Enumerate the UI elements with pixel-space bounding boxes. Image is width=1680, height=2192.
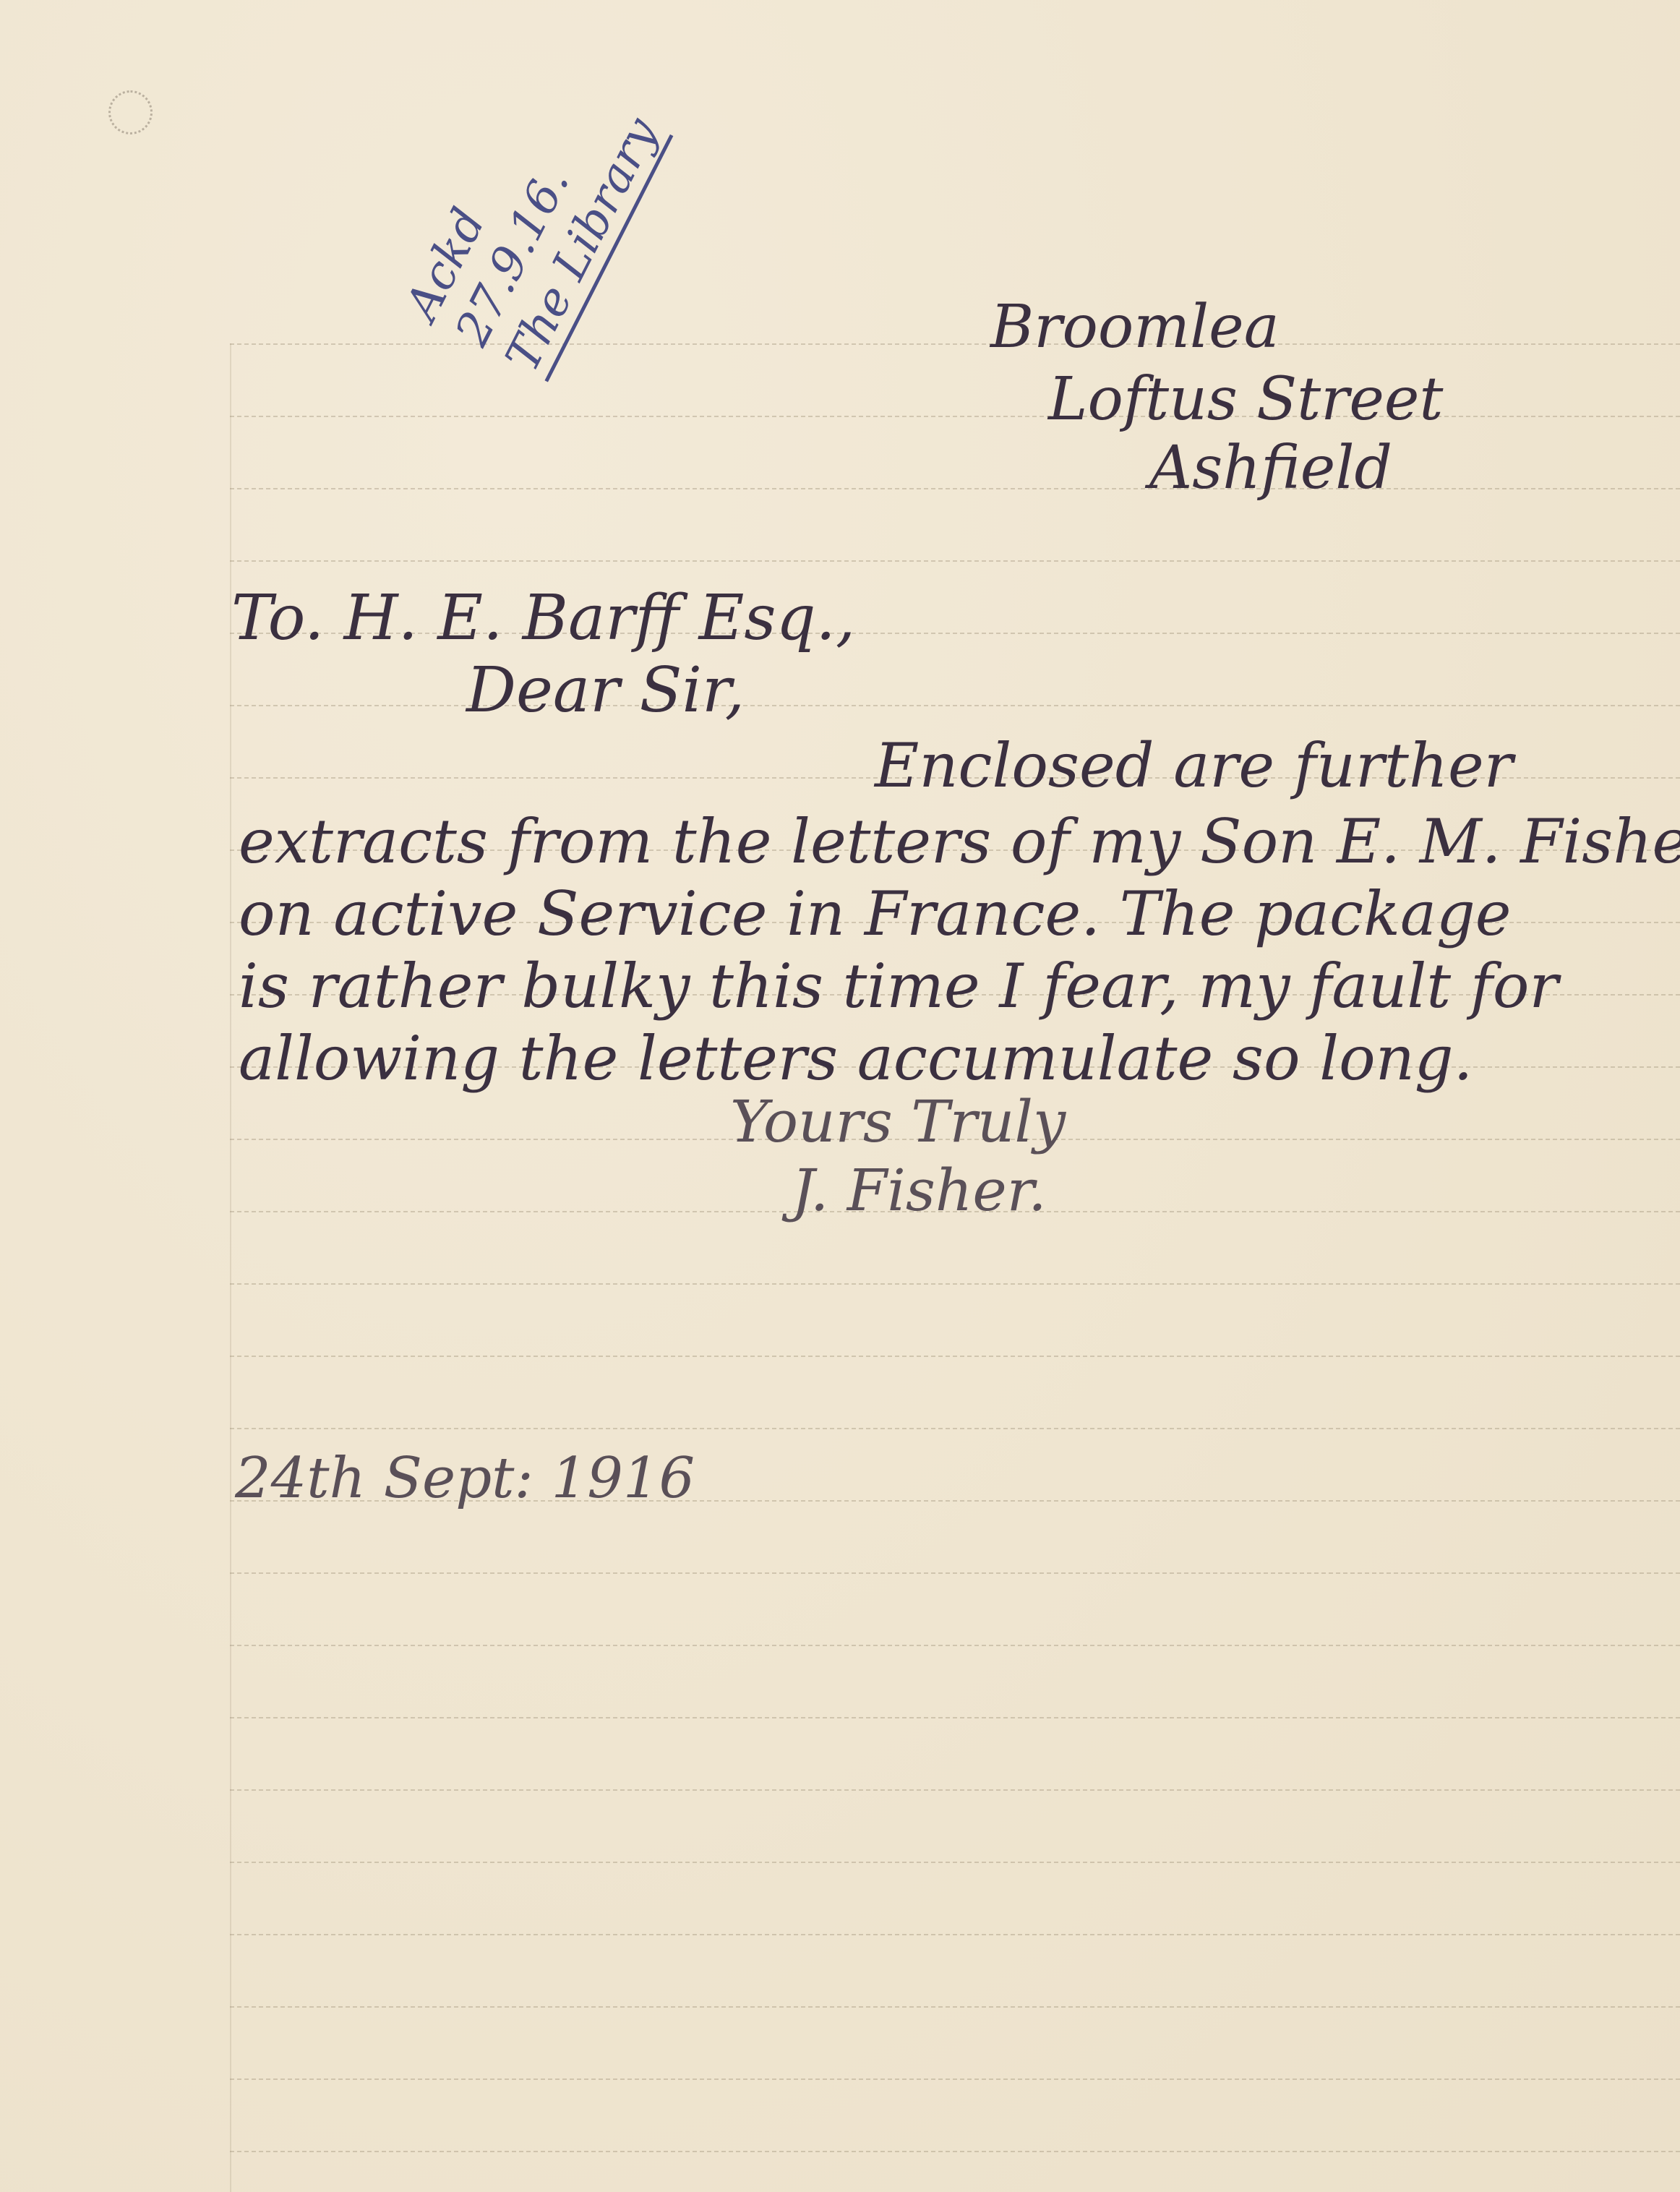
ruled-line	[230, 488, 1680, 489]
letter-date: 24th Sept: 1916	[235, 1446, 695, 1511]
ruled-line	[230, 1934, 1680, 1935]
ruled-line	[230, 1428, 1680, 1429]
ruled-line	[230, 560, 1680, 562]
body-line: extracts from the letters of my Son E. M…	[239, 806, 1680, 877]
ruled-line	[230, 1645, 1680, 1646]
ruled-line	[230, 1356, 1680, 1357]
recipient-line: To. H. E. Barff Esq.,	[231, 582, 855, 654]
ruled-line	[230, 343, 1680, 345]
ruled-line	[230, 1862, 1680, 1863]
body-line: on active Service in France. The package	[239, 878, 1512, 949]
ruled-line	[230, 2078, 1680, 2080]
ruled-line	[230, 1572, 1680, 1574]
acknowledgement-annotation: Ackd 27.9.16. The Library	[394, 58, 673, 382]
address-line: Ashfield	[1149, 434, 1392, 502]
body-line: allowing the letters accumulate so long.	[239, 1023, 1473, 1094]
ruled-line	[230, 2151, 1680, 2152]
ruled-line	[230, 416, 1680, 417]
signature: J. Fisher.	[792, 1157, 1047, 1224]
body-line: is rather bulky this time I fear, my fau…	[239, 951, 1559, 1022]
body-line: Enclosed are further	[875, 730, 1513, 801]
letter-page: Ackd 27.9.16. The Library Broomlea Loftu…	[0, 0, 1680, 2192]
salutation: Dear Sir,	[466, 654, 745, 727]
punch-hole-mark	[108, 90, 153, 134]
closing: Yours Truly	[730, 1088, 1066, 1155]
ruled-line	[230, 2006, 1680, 2008]
address-line: Broomlea	[990, 293, 1280, 361]
ruled-line	[230, 1789, 1680, 1791]
ruled-line	[230, 1283, 1680, 1285]
address-line: Loftus Street	[1048, 365, 1443, 434]
ruled-line	[230, 705, 1680, 706]
ruled-line	[230, 1717, 1680, 1718]
